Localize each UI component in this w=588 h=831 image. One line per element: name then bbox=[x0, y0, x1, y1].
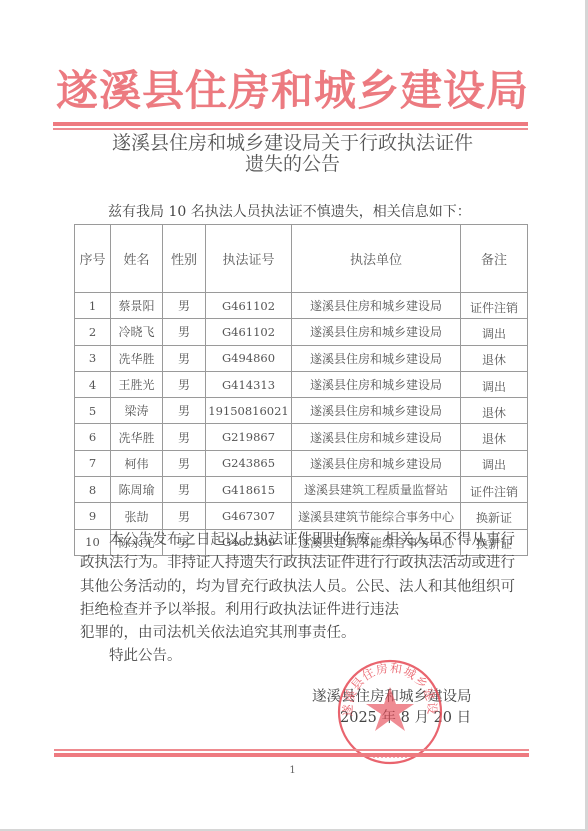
cell-cert: G414313 bbox=[206, 371, 292, 397]
cell-note: 调出 bbox=[461, 450, 528, 476]
cell-cert: G219867 bbox=[206, 424, 292, 450]
cell-no: 1 bbox=[75, 293, 111, 319]
signature-block: 遂溪县住房和城乡建设局 2025 年 8 月 20 日 bbox=[312, 687, 472, 729]
cell-note: 退休 bbox=[461, 398, 528, 424]
cell-cert: 19150816021 bbox=[206, 398, 292, 424]
cell-gender: 男 bbox=[163, 398, 206, 424]
lost-certificates-table: 序号 姓名 性别 执法证号 执法单位 备注 1 蔡景阳 男 G461102 遂溪… bbox=[74, 224, 528, 556]
cell-unit: 遂溪县住房和城乡建设局 bbox=[292, 293, 461, 319]
notice-title-line-1: 遂溪县住房和城乡建设局关于行政执法证件 bbox=[0, 133, 585, 154]
cell-name: 蔡景阳 bbox=[111, 293, 163, 319]
cell-name: 冼华胜 bbox=[111, 424, 163, 450]
notice-title: 遂溪县住房和城乡建设局关于行政执法证件 遗失的公告 bbox=[0, 133, 585, 175]
letterhead-rule-thin bbox=[53, 128, 528, 130]
cell-name: 冷晓飞 bbox=[111, 319, 163, 345]
cell-note: 调出 bbox=[461, 371, 528, 397]
cell-name: 张劼 bbox=[111, 503, 163, 529]
cell-note: 换新证 bbox=[461, 503, 528, 529]
cell-cert: G418615 bbox=[206, 477, 292, 503]
col-header-unit: 执法单位 bbox=[292, 225, 461, 293]
cell-gender: 男 bbox=[163, 319, 206, 345]
cell-no: 8 bbox=[75, 477, 111, 503]
cell-gender: 男 bbox=[163, 345, 206, 371]
table-header-row: 序号 姓名 性别 执法证号 执法单位 备注 bbox=[75, 225, 528, 293]
col-header-name: 姓名 bbox=[111, 225, 163, 293]
cell-cert: G461102 bbox=[206, 293, 292, 319]
cell-note: 退休 bbox=[461, 345, 528, 371]
document-page: 遂溪县住房和城乡建设局 遂溪县住房和城乡建设局关于行政执法证件 遗失的公告 兹有… bbox=[0, 0, 588, 831]
table-row: 1 蔡景阳 男 G461102 遂溪县住房和城乡建设局 证件注销 bbox=[75, 293, 528, 319]
table-row: 4 王胜光 男 G414313 遂溪县住房和城乡建设局 调出 bbox=[75, 371, 528, 397]
cell-cert: G467307 bbox=[206, 503, 292, 529]
notice-body: 本公告发布之日起以上执法证件即时作废，相关人员不得从事行 政执法行为。非持证人持… bbox=[80, 529, 520, 669]
cell-cert: G494860 bbox=[206, 345, 292, 371]
signature-date: 2025 年 8 月 20 日 bbox=[312, 708, 472, 729]
cell-unit: 遂溪县住房和城乡建设局 bbox=[292, 424, 461, 450]
cell-no: 7 bbox=[75, 450, 111, 476]
cell-name: 王胜光 bbox=[111, 371, 163, 397]
col-header-no: 序号 bbox=[75, 225, 111, 293]
cell-no: 4 bbox=[75, 371, 111, 397]
body-line-5: 犯罪的，由司法机关依法追究其刑事责任。 bbox=[80, 622, 520, 645]
cell-cert: G243865 bbox=[206, 450, 292, 476]
cell-gender: 男 bbox=[163, 424, 206, 450]
cell-gender: 男 bbox=[163, 477, 206, 503]
table-row: 2 冷晓飞 男 G461102 遂溪县住房和城乡建设局 调出 bbox=[75, 319, 528, 345]
cell-unit: 遂溪县建筑工程质量监督站 bbox=[292, 477, 461, 503]
cell-unit: 遂溪县住房和城乡建设局 bbox=[292, 345, 461, 371]
cell-no: 3 bbox=[75, 345, 111, 371]
col-header-note: 备注 bbox=[461, 225, 528, 293]
col-header-gender: 性别 bbox=[163, 225, 206, 293]
table-row: 7 柯伟 男 G243865 遂溪县住房和城乡建设局 调出 bbox=[75, 450, 528, 476]
cell-name: 冼华胜 bbox=[111, 345, 163, 371]
cell-note: 退休 bbox=[461, 424, 528, 450]
col-header-cert: 执法证号 bbox=[206, 225, 292, 293]
notice-intro: 兹有我局 10 名执法人员执法证不慎遗失，相关信息如下： bbox=[108, 203, 471, 221]
cell-cert: G461102 bbox=[206, 319, 292, 345]
cell-unit: 遂溪县住房和城乡建设局 bbox=[292, 319, 461, 345]
cell-name: 梁涛 bbox=[111, 398, 163, 424]
cell-gender: 男 bbox=[163, 503, 206, 529]
cell-no: 9 bbox=[75, 503, 111, 529]
notice-title-line-2: 遗失的公告 bbox=[0, 154, 585, 175]
cell-no: 5 bbox=[75, 398, 111, 424]
cell-note: 证件注销 bbox=[461, 293, 528, 319]
cell-unit: 遂溪县住房和城乡建设局 bbox=[292, 450, 461, 476]
cell-unit: 遂溪县住房和城乡建设局 bbox=[292, 371, 461, 397]
cell-gender: 男 bbox=[163, 450, 206, 476]
cell-gender: 男 bbox=[163, 371, 206, 397]
body-line-3: 其他公务活动的，均为冒充行政执法人员。公民、法人和其他组织可 bbox=[80, 576, 520, 599]
page-number: 1 bbox=[0, 765, 585, 776]
cell-note: 证件注销 bbox=[461, 477, 528, 503]
table-row: 5 梁涛 男 19150816021 遂溪县住房和城乡建设局 退休 bbox=[75, 398, 528, 424]
org-letterhead-title: 遂溪县住房和城乡建设局 bbox=[0, 66, 585, 116]
table-row: 3 冼华胜 男 G494860 遂溪县住房和城乡建设局 退休 bbox=[75, 345, 528, 371]
cell-name: 陈周瑜 bbox=[111, 477, 163, 503]
footer-rule-thin bbox=[54, 749, 529, 751]
signature-org: 遂溪县住房和城乡建设局 bbox=[312, 687, 472, 708]
cell-no: 6 bbox=[75, 424, 111, 450]
body-line-1: 本公告发布之日起以上执法证件即时作废，相关人员不得从事行 bbox=[80, 529, 520, 552]
body-line-4: 拒绝检查并予以举报。利用行政执法证件进行违法 bbox=[80, 599, 520, 622]
cell-note: 调出 bbox=[461, 319, 528, 345]
closing-line: 特此公告。 bbox=[80, 645, 520, 668]
cell-gender: 男 bbox=[163, 293, 206, 319]
footer-rule-thick bbox=[54, 753, 529, 757]
cell-unit: 遂溪县住房和城乡建设局 bbox=[292, 398, 461, 424]
cell-name: 柯伟 bbox=[111, 450, 163, 476]
cell-unit: 遂溪县建筑节能综合事务中心 bbox=[292, 503, 461, 529]
body-line-2: 政执法行为。非持证人持遗失行政执法证件进行行政执法活动或进行 bbox=[80, 552, 520, 575]
cell-no: 2 bbox=[75, 319, 111, 345]
table-row: 9 张劼 男 G467307 遂溪县建筑节能综合事务中心 换新证 bbox=[75, 503, 528, 529]
table-row: 8 陈周瑜 男 G418615 遂溪县建筑工程质量监督站 证件注销 bbox=[75, 477, 528, 503]
table-row: 6 冼华胜 男 G219867 遂溪县住房和城乡建设局 退休 bbox=[75, 424, 528, 450]
letterhead-rule-thick bbox=[53, 122, 528, 126]
